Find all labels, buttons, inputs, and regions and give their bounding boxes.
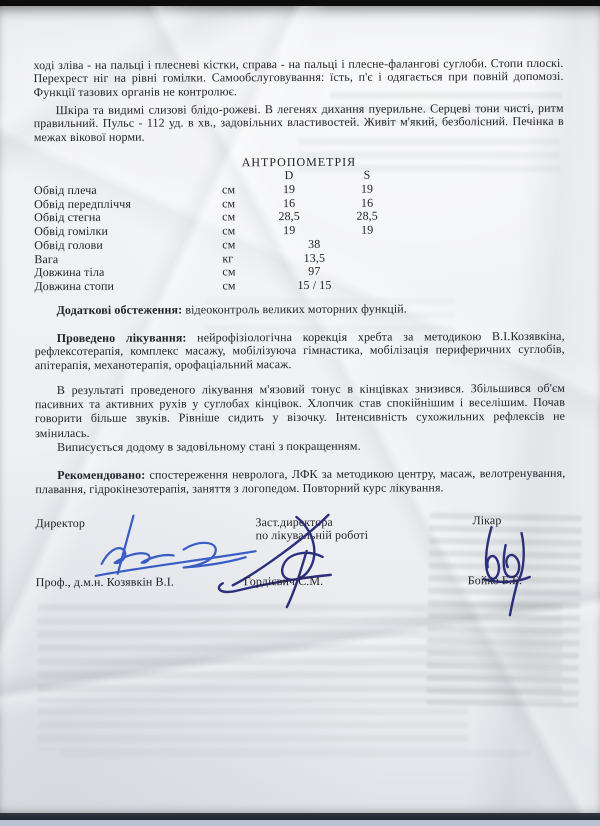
row-value-s: 19 [340, 224, 394, 238]
director-title: Директор [35, 517, 85, 531]
additional-exams-text: відеоконтроль великих моторних функцій. [185, 302, 407, 317]
column-header-d: D [262, 169, 316, 183]
paper-sheet: ході зліва - на пальці і плесневі кістки… [0, 6, 600, 813]
paragraph-result: В результаті проведеного лікування м'язо… [35, 381, 565, 440]
table-row: Довжина стопи см 15 / 15 [34, 278, 564, 294]
treatment-label: Проведено лікування: [57, 330, 187, 345]
row-unit: см [222, 238, 235, 251]
row-value-d: 16 [262, 197, 316, 211]
paragraph-exam-continuation: ході зліва - на пальці і плесневі кістки… [33, 57, 563, 100]
row-label: Довжина тіла [34, 266, 104, 280]
row-value-d: 19 [262, 183, 316, 197]
additional-exams-label: Додаткові обстеження: [57, 303, 183, 318]
row-unit: см [222, 279, 235, 292]
row-value-s: 16 [340, 196, 394, 210]
signature-block: Директор Заст.директора по лікувальній р… [33, 5, 563, 7]
row-value-s: 19 [340, 183, 394, 197]
row-label: Обвід плеча [34, 184, 97, 198]
document-content: ході зліва - на пальці і плесневі кістки… [33, 5, 567, 814]
row-value: 15 / 15 [264, 279, 364, 293]
row-label: Довжина стопи [34, 280, 114, 294]
paragraph-somatic-status: Шкіра та видимі слизові блідо-рожеві. В … [34, 102, 564, 145]
paragraph-discharge: Виписується додому в задовільному стані … [35, 439, 565, 455]
row-value: 97 [264, 265, 364, 279]
row-unit: см [222, 197, 235, 210]
row-value-s: 28,5 [340, 210, 394, 224]
row-label: Обвід голови [34, 239, 103, 253]
paragraph-recommendations: Рекомендовано: спостереження невролога, … [35, 466, 565, 497]
row-label: Вага [34, 253, 58, 267]
column-header-s: S [340, 169, 394, 183]
row-value-d: 19 [262, 224, 316, 238]
row-unit: кг [222, 252, 233, 265]
row-value-d: 28,5 [262, 210, 316, 224]
row-label: Обвід гомілки [34, 225, 108, 239]
director-name: Проф., д.м.н. Козявкін В.І. [36, 576, 174, 590]
doctor-name: Бойко Б.Б. [468, 574, 522, 588]
deputy-signature [210, 511, 360, 612]
row-label: Обвід передпліччя [34, 197, 131, 211]
scanned-document: ході зліва - на пальці і плесневі кістки… [0, 0, 600, 826]
row-unit: см [222, 265, 235, 278]
paragraph-additional-exams: Додаткові обстеження: відеоконтроль вели… [35, 302, 565, 318]
scanner-bed-strip [0, 820, 600, 826]
paragraph-treatment: Проведено лікування: нейрофізіологічна к… [35, 330, 565, 373]
row-unit: см [222, 224, 235, 237]
row-unit: см [222, 211, 235, 224]
doctor-signature [453, 521, 553, 621]
row-value: 13,5 [264, 251, 364, 265]
row-value: 38 [264, 238, 364, 252]
recommendations-label: Рекомендовано: [57, 468, 145, 482]
row-label: Обвід стегна [34, 211, 101, 225]
row-unit: см [222, 183, 235, 196]
deputy-director-name: Гордієвич С.М. [244, 575, 324, 589]
